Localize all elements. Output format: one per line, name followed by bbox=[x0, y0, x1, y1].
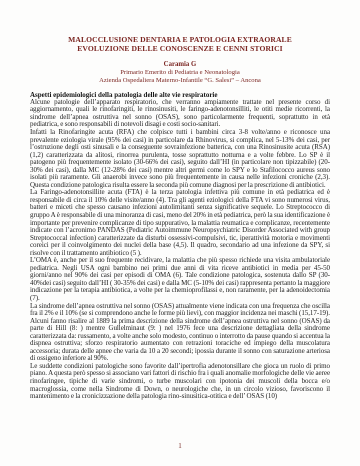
paragraph-epidemiology-intro: Alcune patologie dell’apparato respirato… bbox=[30, 99, 330, 129]
paragraph-oma: L’OMA è, anche per il suo frequente reci… bbox=[30, 257, 330, 302]
section-heading: Aspetti epidemiologici della patologia d… bbox=[30, 91, 330, 99]
paragraph-condizioni-favorenti: Le suddette condizioni patologiche sono … bbox=[30, 363, 330, 401]
paper-title-line-2: EVOLUZIONE DELLE CONOSCENZE E CENNI STOR… bbox=[30, 45, 330, 54]
page-number: 1 bbox=[178, 442, 182, 450]
document-page: MALOCCLUSIONE DENTARIA E PATOLOGIA EXTRA… bbox=[0, 0, 360, 466]
paragraph-osas: La sindrome dell’apnea ostruttiva nel so… bbox=[30, 303, 330, 363]
author-block: Caramia G Primario Emerito di Pediatria … bbox=[30, 61, 330, 85]
paragraph-rinofaringite: Infatti la Rinofaringite acuta (RFA) che… bbox=[30, 129, 330, 189]
author-affiliation: Azienda Ospedaliera Materno-Infantile “G… bbox=[30, 77, 330, 85]
body-text: Alcune patologie dell’apparato respirato… bbox=[30, 99, 330, 435]
page-footer: 1 bbox=[0, 442, 360, 450]
paragraph-faringo-adenotonsillite: La Faringo-adenotonsillite acuta (FTA) è… bbox=[30, 189, 330, 257]
author-role: Primario Emerito di Pediatria e Neonatol… bbox=[30, 69, 330, 77]
author-name: Caramia G bbox=[30, 61, 330, 69]
document-content: Aspetti epidemiologici della patologia d… bbox=[30, 91, 330, 435]
title-block: MALOCCLUSIONE DENTARIA E PATOLOGIA EXTRA… bbox=[30, 36, 330, 54]
